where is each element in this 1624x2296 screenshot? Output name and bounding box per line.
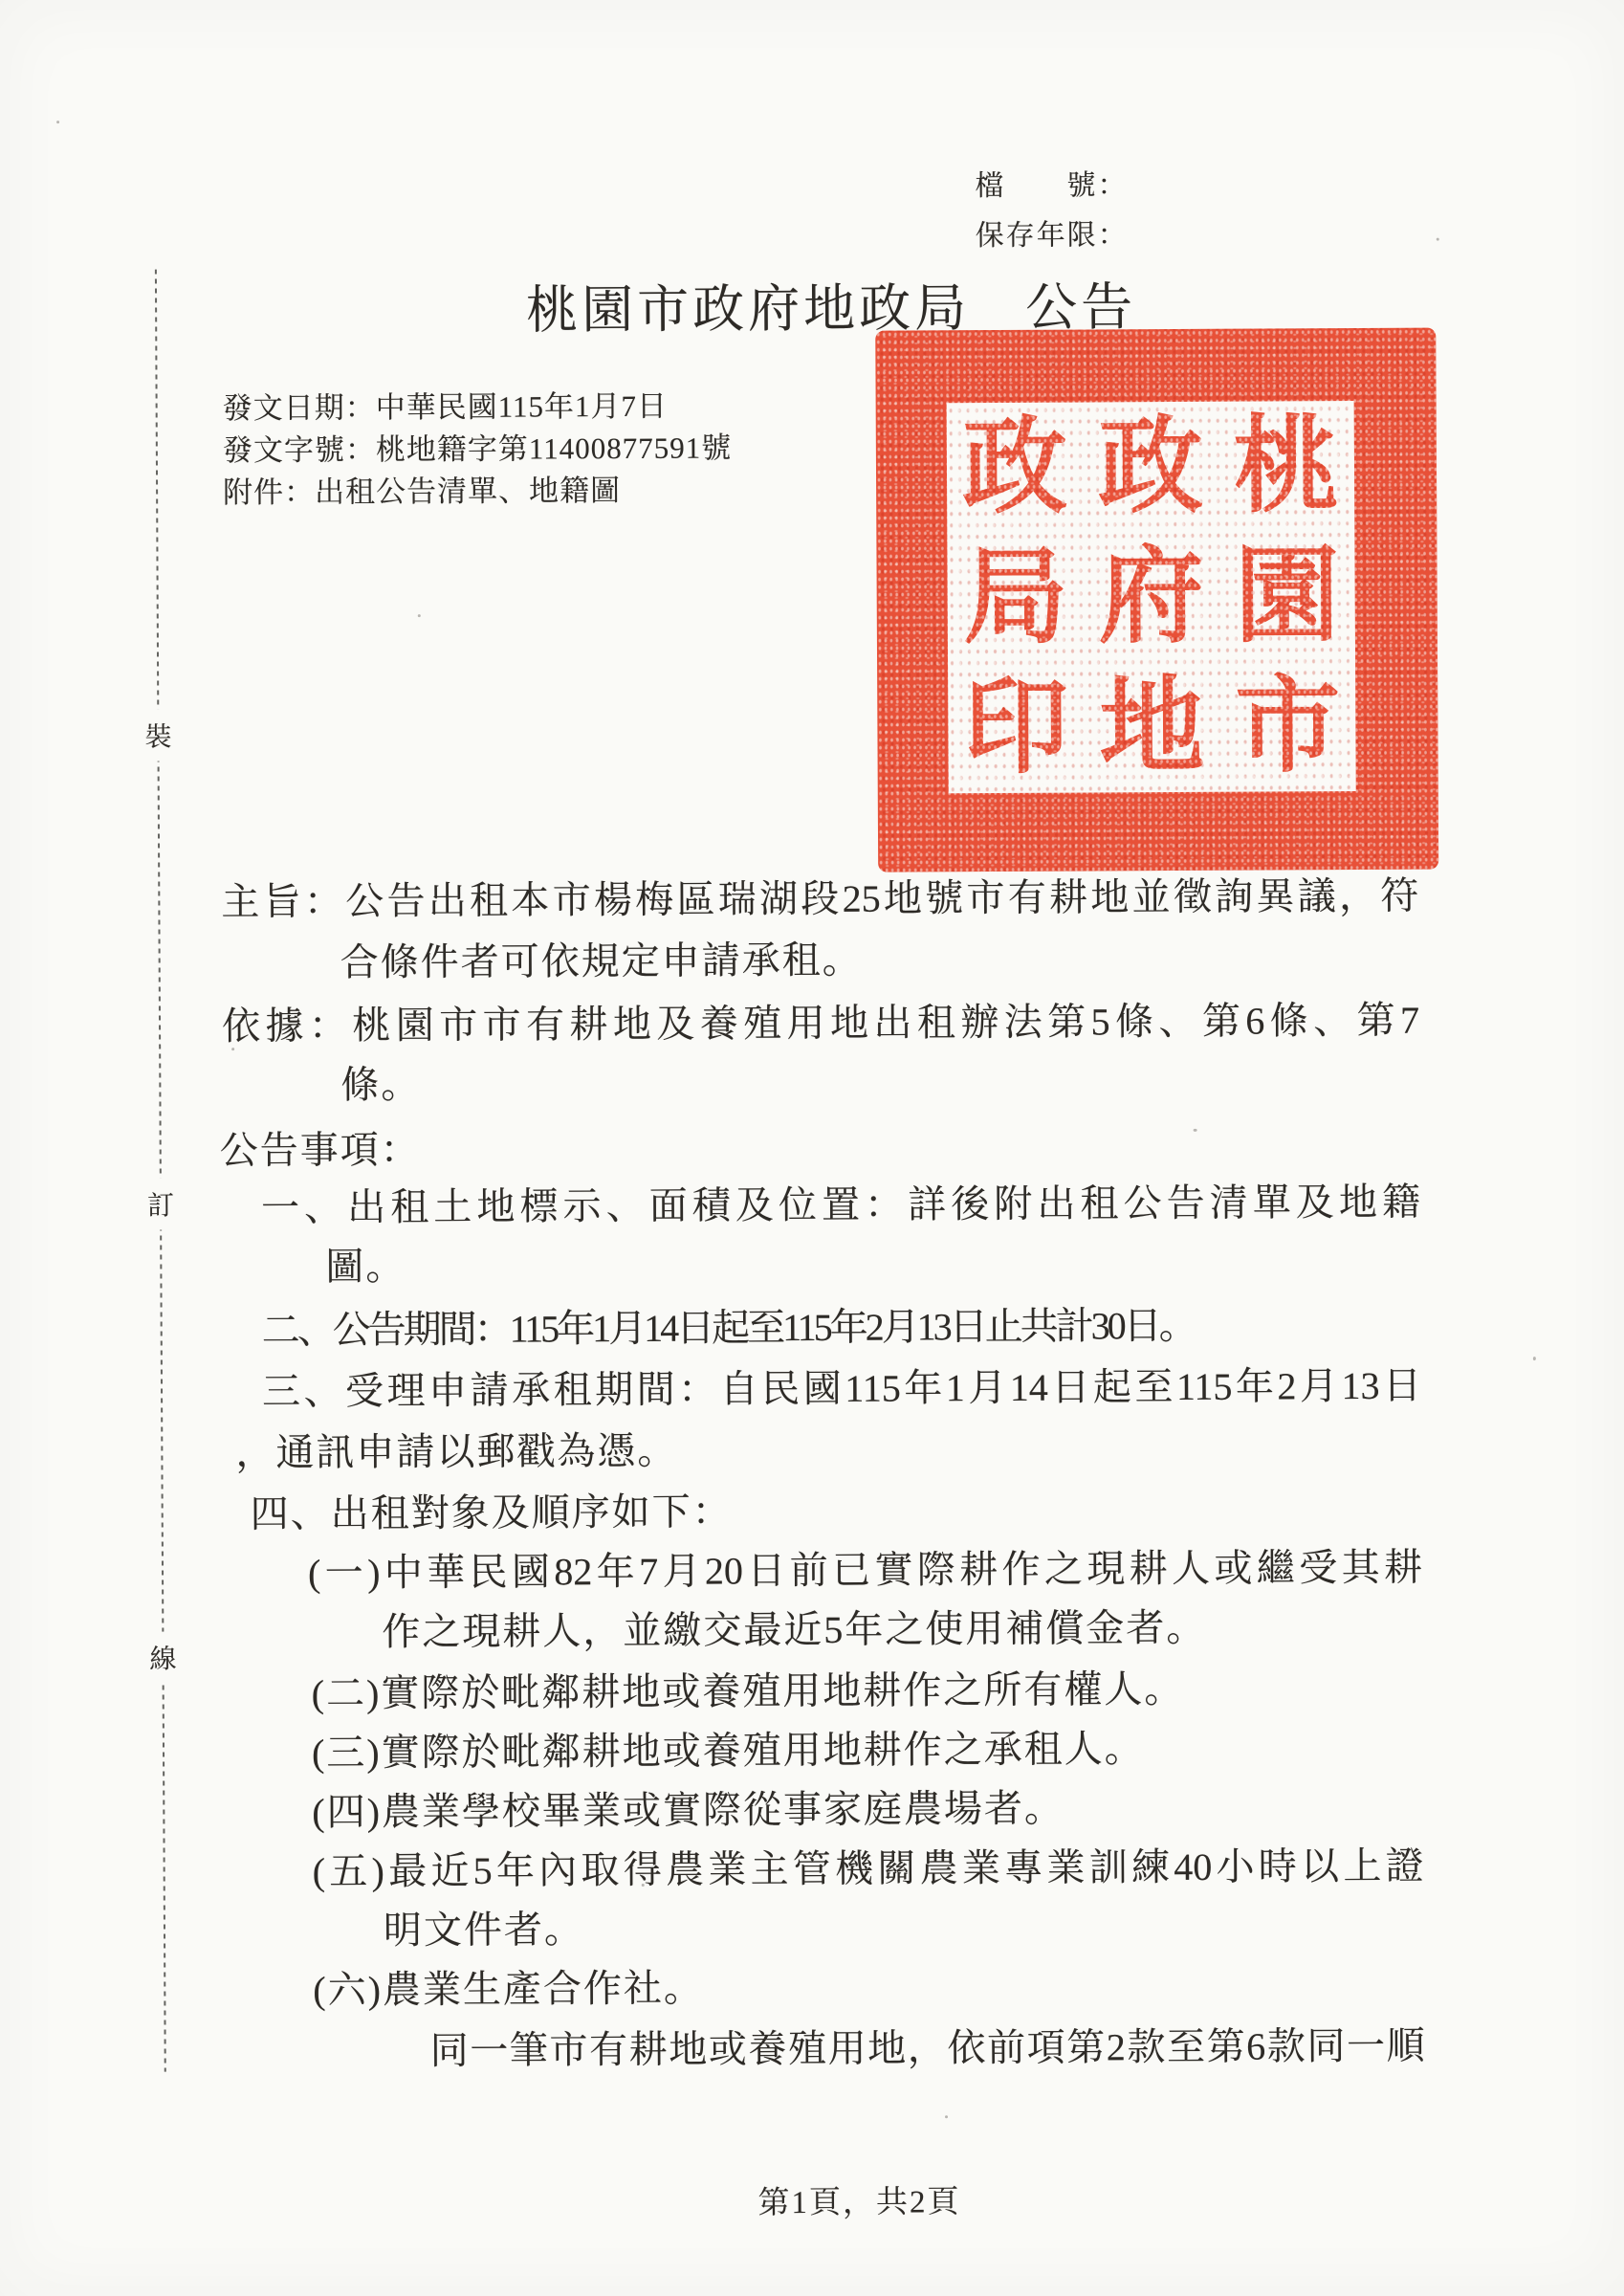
- seal-character: 印: [948, 663, 1085, 794]
- seal-character: 園: [1218, 531, 1355, 662]
- retention-period-label: 保存年限：: [976, 210, 1129, 254]
- body-line: 一、出租土地標示、面積及位置：詳後附出租公告清單及地籍: [261, 1172, 1420, 1232]
- binding-mark-zhuang: 裝: [143, 710, 172, 762]
- scan-speck: [642, 1884, 645, 1887]
- body-line: 明文件者。: [384, 1899, 584, 1954]
- body-line: 條。: [340, 1054, 421, 1109]
- scan-speck: [1194, 1129, 1197, 1132]
- binding-mark-xian: 線: [148, 1631, 177, 1683]
- seal-character: 局: [947, 533, 1084, 664]
- body-line: (五)最近5年內取得農業主管機關農業專業訓練40小時以上證: [313, 1836, 1424, 1896]
- seal-character: 地: [1084, 662, 1220, 793]
- issue-date: 發文日期：中華民國115年1月7日: [223, 382, 669, 427]
- scan-speck: [231, 1048, 234, 1050]
- scan-speck: [56, 121, 59, 123]
- body-line: 依據：桃園市市有耕地及養殖用地出租辦法第5條、第6條、第7: [222, 990, 1419, 1051]
- doc-number: 發文字號：桃地籍字第11400877591號: [223, 423, 733, 469]
- body-line: (六)農業生產合作社。: [313, 1958, 704, 2015]
- body-line: 主旨：公告出租本市楊梅區瑞湖段25地號市有耕地並徵詢異議，符: [221, 866, 1418, 927]
- scan-speck: [945, 2115, 948, 2118]
- binding-dashed-line: [155, 270, 166, 2072]
- body-line: 合條件者可依規定申請承租。: [340, 930, 863, 987]
- body-line: (二)實際於毗鄰耕地或養殖用地耕作之所有權人。: [312, 1659, 1185, 1718]
- official-seal-inner: 政 政 桃 局 府 園 印 地 市: [947, 401, 1356, 793]
- body-line: (一)中華民國82年7月20日前已實際耕作之現耕人或繼受其耕: [308, 1537, 1422, 1598]
- body-line: 圖。: [325, 1236, 406, 1291]
- body-line: (四)農業學校畢業或實際從事家庭農場者。: [312, 1778, 1064, 1837]
- body-line: 公告事項：: [220, 1119, 421, 1175]
- scan-content: 檔 號： 保存年限： 桃園市政府地政局 公告 發文日期：中華民國115年1月7日…: [0, 0, 1624, 2296]
- body-line: 同一筆市有耕地或養殖用地，依前項第2款至第6款同一順: [429, 2016, 1424, 2075]
- body-line: 作之現耕人，並繳交最近5年之使用補償金者。: [382, 1598, 1206, 1657]
- seal-character: 政: [1083, 402, 1219, 533]
- body-line: ，通訊申請以郵戳為憑。: [235, 1421, 677, 1477]
- seal-character: 桃: [1218, 401, 1355, 532]
- page-number: 第1頁，共2頁: [757, 2176, 960, 2222]
- official-seal: 政 政 桃 局 府 園 印 地 市: [875, 328, 1438, 872]
- body-line: 二、公告期間：115年1月14日起至115年2月13日止共計30日。: [262, 1295, 1195, 1355]
- scan-speck: [1437, 238, 1439, 241]
- body-line: 四、出租對象及順序如下：: [251, 1481, 733, 1538]
- seal-character: 市: [1219, 661, 1356, 792]
- binding-mark-ding: 訂: [146, 1179, 175, 1230]
- scanned-announcement-page: 檔 號： 保存年限： 桃園市政府地政局 公告 發文日期：中華民國115年1月7日…: [0, 0, 1624, 2296]
- file-number-label: 檔 號：: [975, 161, 1128, 204]
- scan-speck: [418, 614, 421, 617]
- seal-character: 府: [1083, 532, 1219, 663]
- scan-speck: [1533, 1357, 1536, 1360]
- body-line: 三、受理申請承租期間：自民國115年1月14日起至115年2月13日: [262, 1356, 1421, 1416]
- body-line: (三)實際於毗鄰耕地或養殖用地耕作之承租人。: [312, 1718, 1145, 1777]
- seal-character: 政: [947, 403, 1084, 534]
- attachment-line: 附件：出租公告清單、地籍圖: [223, 466, 621, 511]
